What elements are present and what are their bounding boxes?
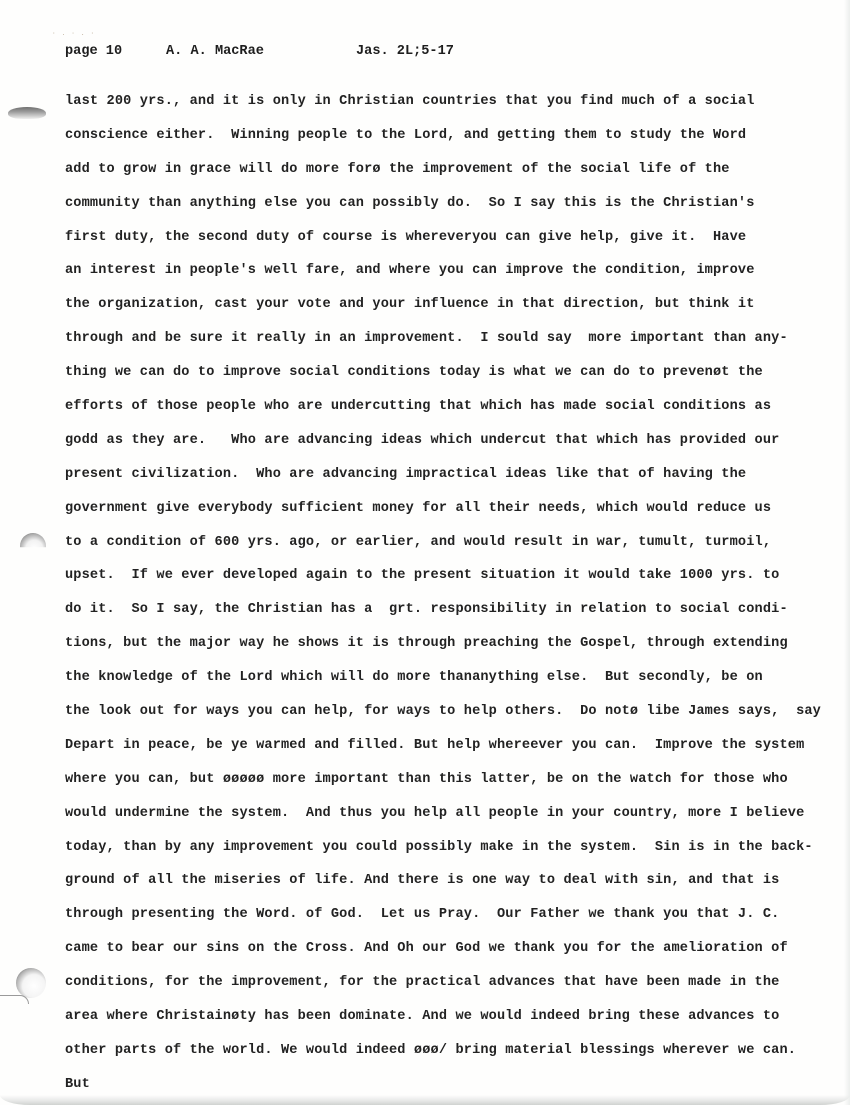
text-line: Depart in peace, be ye warmed and filled… xyxy=(65,735,835,769)
text-line: today, than by any improvement you could… xyxy=(65,837,835,871)
text-line: conscience either. Winning people to the… xyxy=(65,125,835,159)
text-line: community than anything else you can pos… xyxy=(65,193,835,227)
page-header: page 10 A. A. MacRae Jas. 2L;5-17 xyxy=(65,44,98,64)
text-line: the look out for ways you can help, for … xyxy=(65,701,835,735)
text-line: an interest in people's well fare, and w… xyxy=(65,260,835,294)
text-line: would undermine the system. And thus you… xyxy=(65,803,835,837)
text-line: do it. So I say, the Christian has a grt… xyxy=(65,599,835,633)
page-tear-edge xyxy=(0,995,29,1004)
text-line: government give everybody sufficient mon… xyxy=(65,498,835,532)
binder-hole-mark-bottom xyxy=(16,968,46,998)
body-text: last 200 yrs., and it is only in Christi… xyxy=(65,91,835,1105)
text-line: conditions, for the improvement, for the… xyxy=(65,972,835,1006)
text-line: first duty, the second duty of course is… xyxy=(65,227,835,261)
page-edge-bottom xyxy=(0,1095,850,1105)
text-line: the knowledge of the Lord which will do … xyxy=(65,667,835,701)
text-line: efforts of those people who are undercut… xyxy=(65,396,835,430)
text-line: came to bear our sins on the Cross. And … xyxy=(65,938,835,972)
document-page: ·.·.· page 10 A. A. MacRae Jas. 2L;5-17 … xyxy=(0,0,850,1105)
text-line: add to grow in grace will do more forø t… xyxy=(65,159,835,193)
text-line: thing we can do to improve social condit… xyxy=(65,362,835,396)
text-line: where you can, but øøøøø more important … xyxy=(65,769,835,803)
text-line: upset. If we ever developed again to the… xyxy=(65,565,835,599)
text-line: through and be sure it really in an impr… xyxy=(65,328,835,362)
author-name: A. A. MacRae xyxy=(166,44,264,59)
page-number: page 10 xyxy=(65,44,122,59)
page-edge-right xyxy=(844,0,850,1105)
text-line: ground of all the miseries of life. And … xyxy=(65,870,835,904)
binder-hole-mark-top xyxy=(8,107,46,119)
text-line: area where Christainøty has been dominat… xyxy=(65,1006,835,1040)
paper-specks: ·.·.· xyxy=(52,30,100,37)
text-line: to a condition of 600 yrs. ago, or earli… xyxy=(65,532,835,566)
text-line: godd as they are. Who are advancing idea… xyxy=(65,430,835,464)
text-line: last 200 yrs., and it is only in Christi… xyxy=(65,91,835,125)
text-line: through presenting the Word. of God. Let… xyxy=(65,904,835,938)
text-line: present civilization. Who are advancing … xyxy=(65,464,835,498)
scripture-reference: Jas. 2L;5-17 xyxy=(356,44,454,59)
text-line: the organization, cast your vote and you… xyxy=(65,294,835,328)
text-line: tions, but the major way he shows it is … xyxy=(65,633,835,667)
text-line: other parts of the world. We would indee… xyxy=(65,1040,835,1074)
binder-hole-mark-middle xyxy=(20,533,46,559)
